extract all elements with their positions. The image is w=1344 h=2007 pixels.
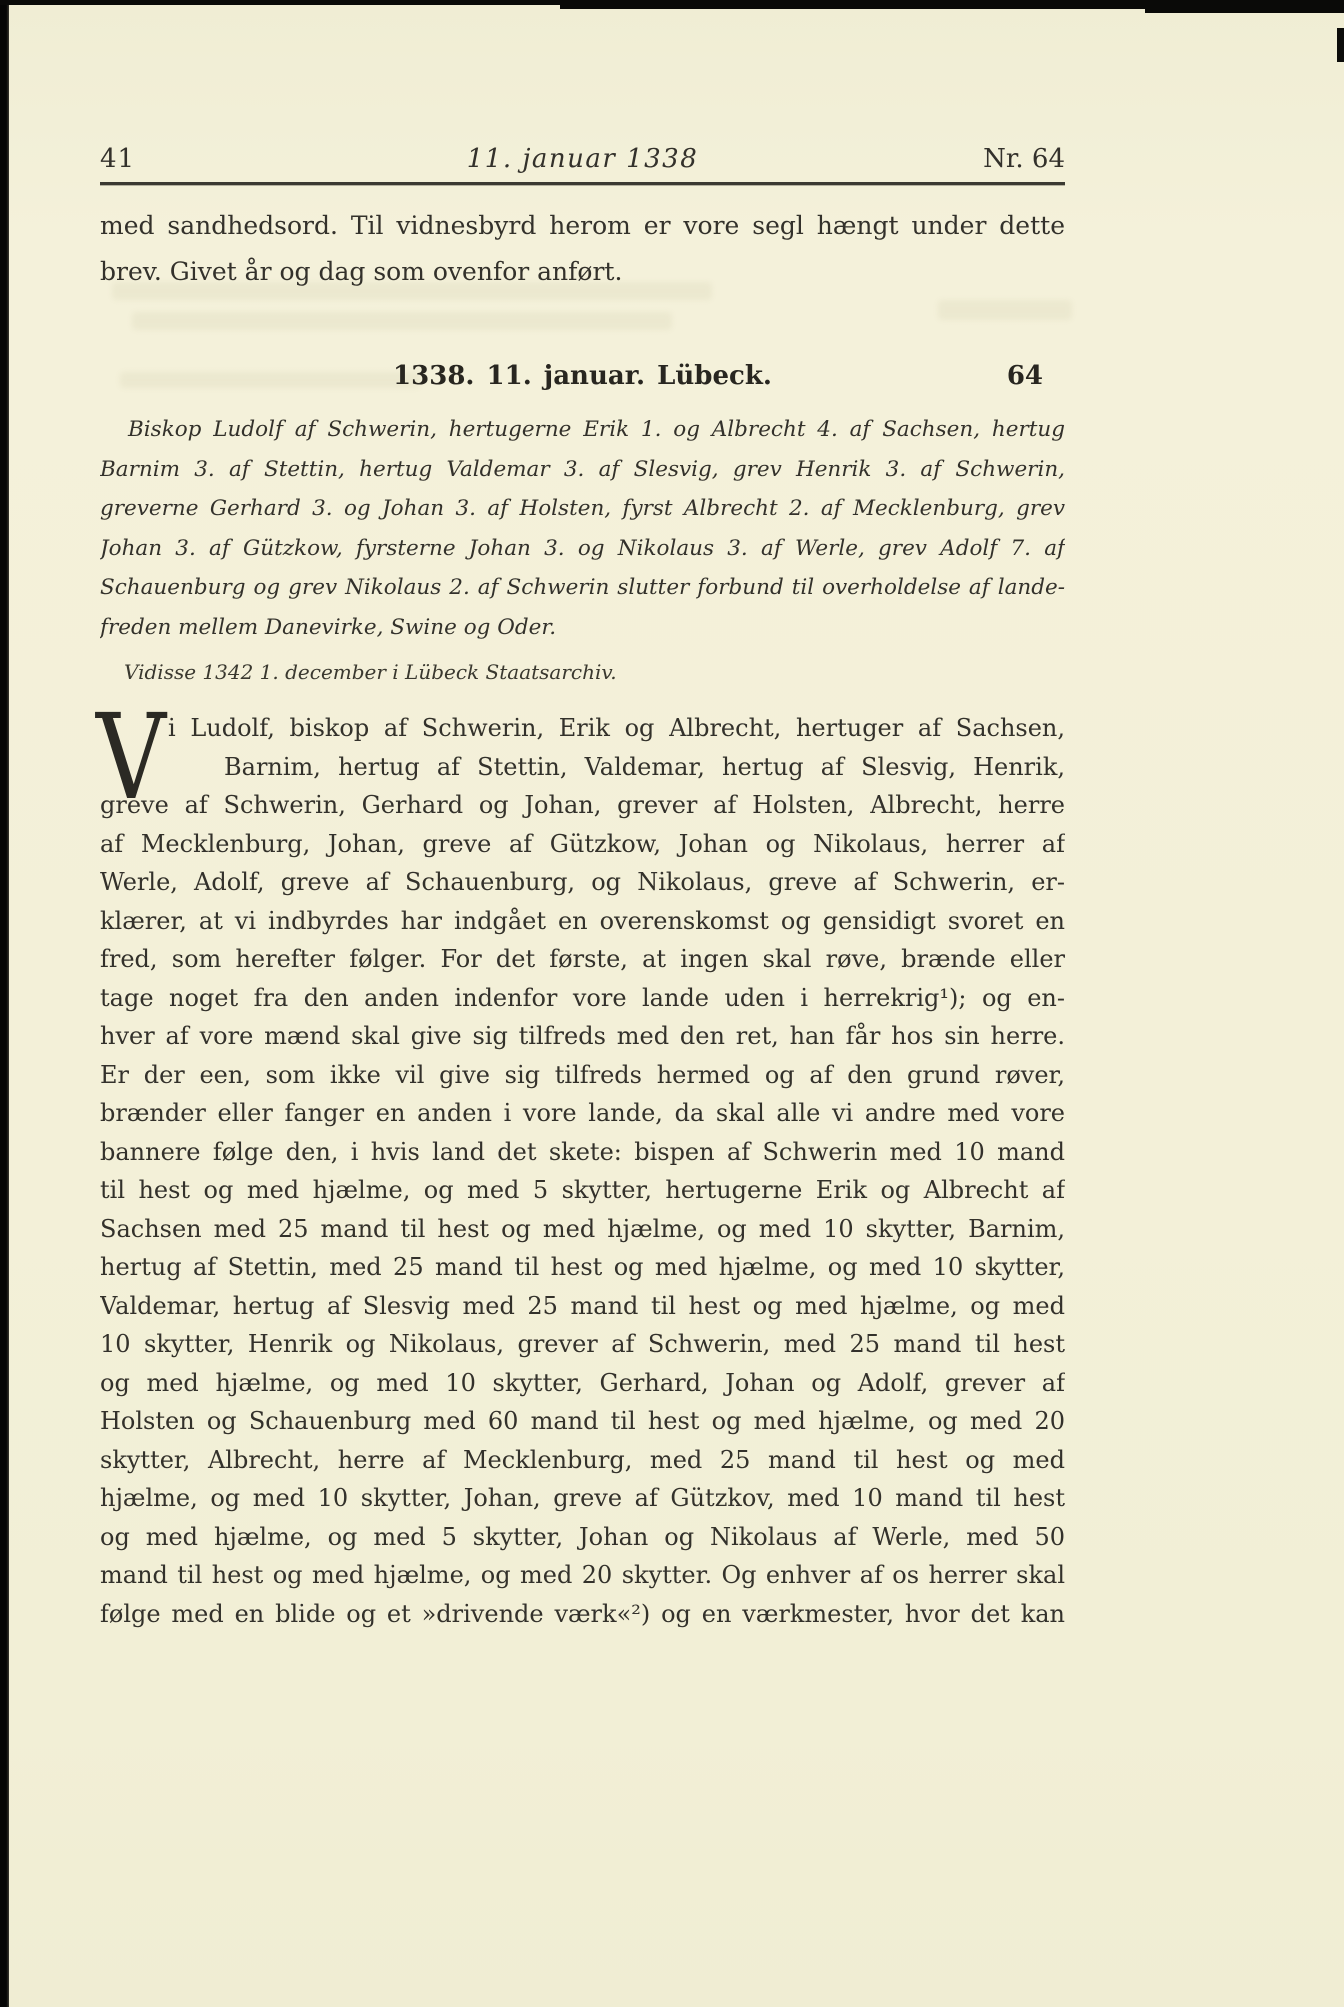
charter-body: V i Ludolf, biskop af Schwerin, Erik og … (100, 709, 1065, 1633)
regest-summary-line: Johan 3. af Gützkow, fyrsterne Johan 3. … (100, 529, 1065, 569)
charter-body-line: hver af vore mænd skal give sig tilfreds… (100, 1017, 1065, 1056)
charter-body-line: skytter, Albrecht, herre af Mecklenburg,… (100, 1441, 1065, 1480)
scan-edge-top-artifact (0, 0, 575, 5)
charter-body-line: af Mecklenburg, Johan, greve af Gützkow,… (100, 825, 1065, 864)
charter-body-line: Sachsen med 25 mand til hest og med hjæl… (100, 1210, 1065, 1249)
source-note-row: Vidisse 1342 1. december i Lübeck Staats… (100, 660, 1065, 690)
running-head-number: Nr. 64 (983, 144, 1065, 174)
scan-edge-top-artifact (560, 0, 1160, 9)
charter-body-line: Valdemar, hertug af Slesvig med 25 mand … (100, 1287, 1065, 1326)
running-head-date: 11. januar 1338 (100, 144, 1065, 174)
regest-summary-line: freden mellem Danevirke, Swine og Oder. (100, 608, 1065, 648)
charter-body-line: brænder eller fanger en anden i vore lan… (100, 1094, 1065, 1133)
charter-body-line: klærer, at vi indbyrdes har indgået en o… (100, 902, 1065, 941)
charter-body-line: hertug af Stettin, med 25 mand til hest … (100, 1248, 1065, 1287)
header-rule (100, 182, 1065, 185)
regest-summary-line: Schauenburg og grev Nikolaus 2. af Schwe… (100, 568, 1065, 608)
running-header: 41 11. januar 1338 Nr. 64 (100, 144, 1065, 180)
entry-number: 64 (1007, 361, 1043, 391)
charter-body-line: hjælme, og med 10 skytter, Johan, greve … (100, 1479, 1065, 1518)
charter-body-line: 10 skytter, Henrik og Nikolaus, grever a… (100, 1325, 1065, 1364)
charter-body-line: følge med en blide og et »drivende værk«… (100, 1595, 1065, 1634)
continuation-line: med sandhedsord. Til vidnesbyrd herom er… (100, 203, 1065, 249)
regest-summary-line: greverne Gerhard 3. og Johan 3. af Holst… (100, 489, 1065, 529)
continuation-paragraph: med sandhedsord. Til vidnesbyrd herom er… (100, 203, 1065, 295)
scan-edge-left-artifact (0, 0, 9, 2007)
charter-body-line: og med hjælme, og med 10 skytter, Gerhar… (100, 1364, 1065, 1403)
show-through-smudge (132, 312, 672, 330)
charter-body-line: og med hjælme, og med 5 skytter, Johan o… (100, 1518, 1065, 1557)
charter-body-line: til hest og med hjælme, og med 5 skytter… (100, 1171, 1065, 1210)
entry-heading: 1338. 11. januar. Lübeck. (100, 361, 1065, 391)
scan-edge-top-artifact (1145, 0, 1344, 13)
charter-body-line: Werle, Adolf, greve af Schauenburg, og N… (100, 863, 1065, 902)
charter-body-line: mand til hest og med hjælme, og med 20 s… (100, 1556, 1065, 1595)
charter-body-line: Barnim, hertug af Stettin, Valdemar, her… (100, 748, 1065, 787)
charter-body-lines: i Ludolf, biskop af Schwerin, Erik og Al… (100, 709, 1065, 1633)
regest-summary: Biskop Ludolf af Schwerin, hertugerne Er… (100, 410, 1065, 647)
source-note: Vidisse 1342 1. december i Lübeck Staats… (100, 660, 1065, 684)
regest-summary-line: Barnim 3. af Stettin, hertug Valdemar 3.… (100, 450, 1065, 490)
continuation-line: brev. Givet år og dag som ovenfor anført… (100, 249, 1065, 295)
entry-heading-row: 1338. 11. januar. Lübeck. 64 (100, 361, 1065, 399)
drop-cap-initial: V (96, 698, 166, 816)
charter-body-line: fred, som herefter følger. For det først… (100, 940, 1065, 979)
scanned-book-page: 41 11. januar 1338 Nr. 64 med sandhedsor… (0, 0, 1344, 2007)
show-through-smudge (938, 300, 1072, 320)
charter-body-line: tage noget fra den anden indenfor vore l… (100, 979, 1065, 1018)
charter-body-line: greve af Schwerin, Gerhard og Johan, gre… (100, 786, 1065, 825)
charter-body-line: Er der een, som ikke vil give sig tilfre… (100, 1056, 1065, 1095)
charter-body-line: i Ludolf, biskop af Schwerin, Erik og Al… (100, 709, 1065, 748)
scan-edge-right-artifact (1337, 28, 1344, 62)
charter-body-line: bannere følge den, i hvis land det skete… (100, 1133, 1065, 1172)
regest-summary-line: Biskop Ludolf af Schwerin, hertugerne Er… (100, 410, 1065, 450)
charter-body-line: Holsten og Schauenburg med 60 mand til h… (100, 1402, 1065, 1441)
